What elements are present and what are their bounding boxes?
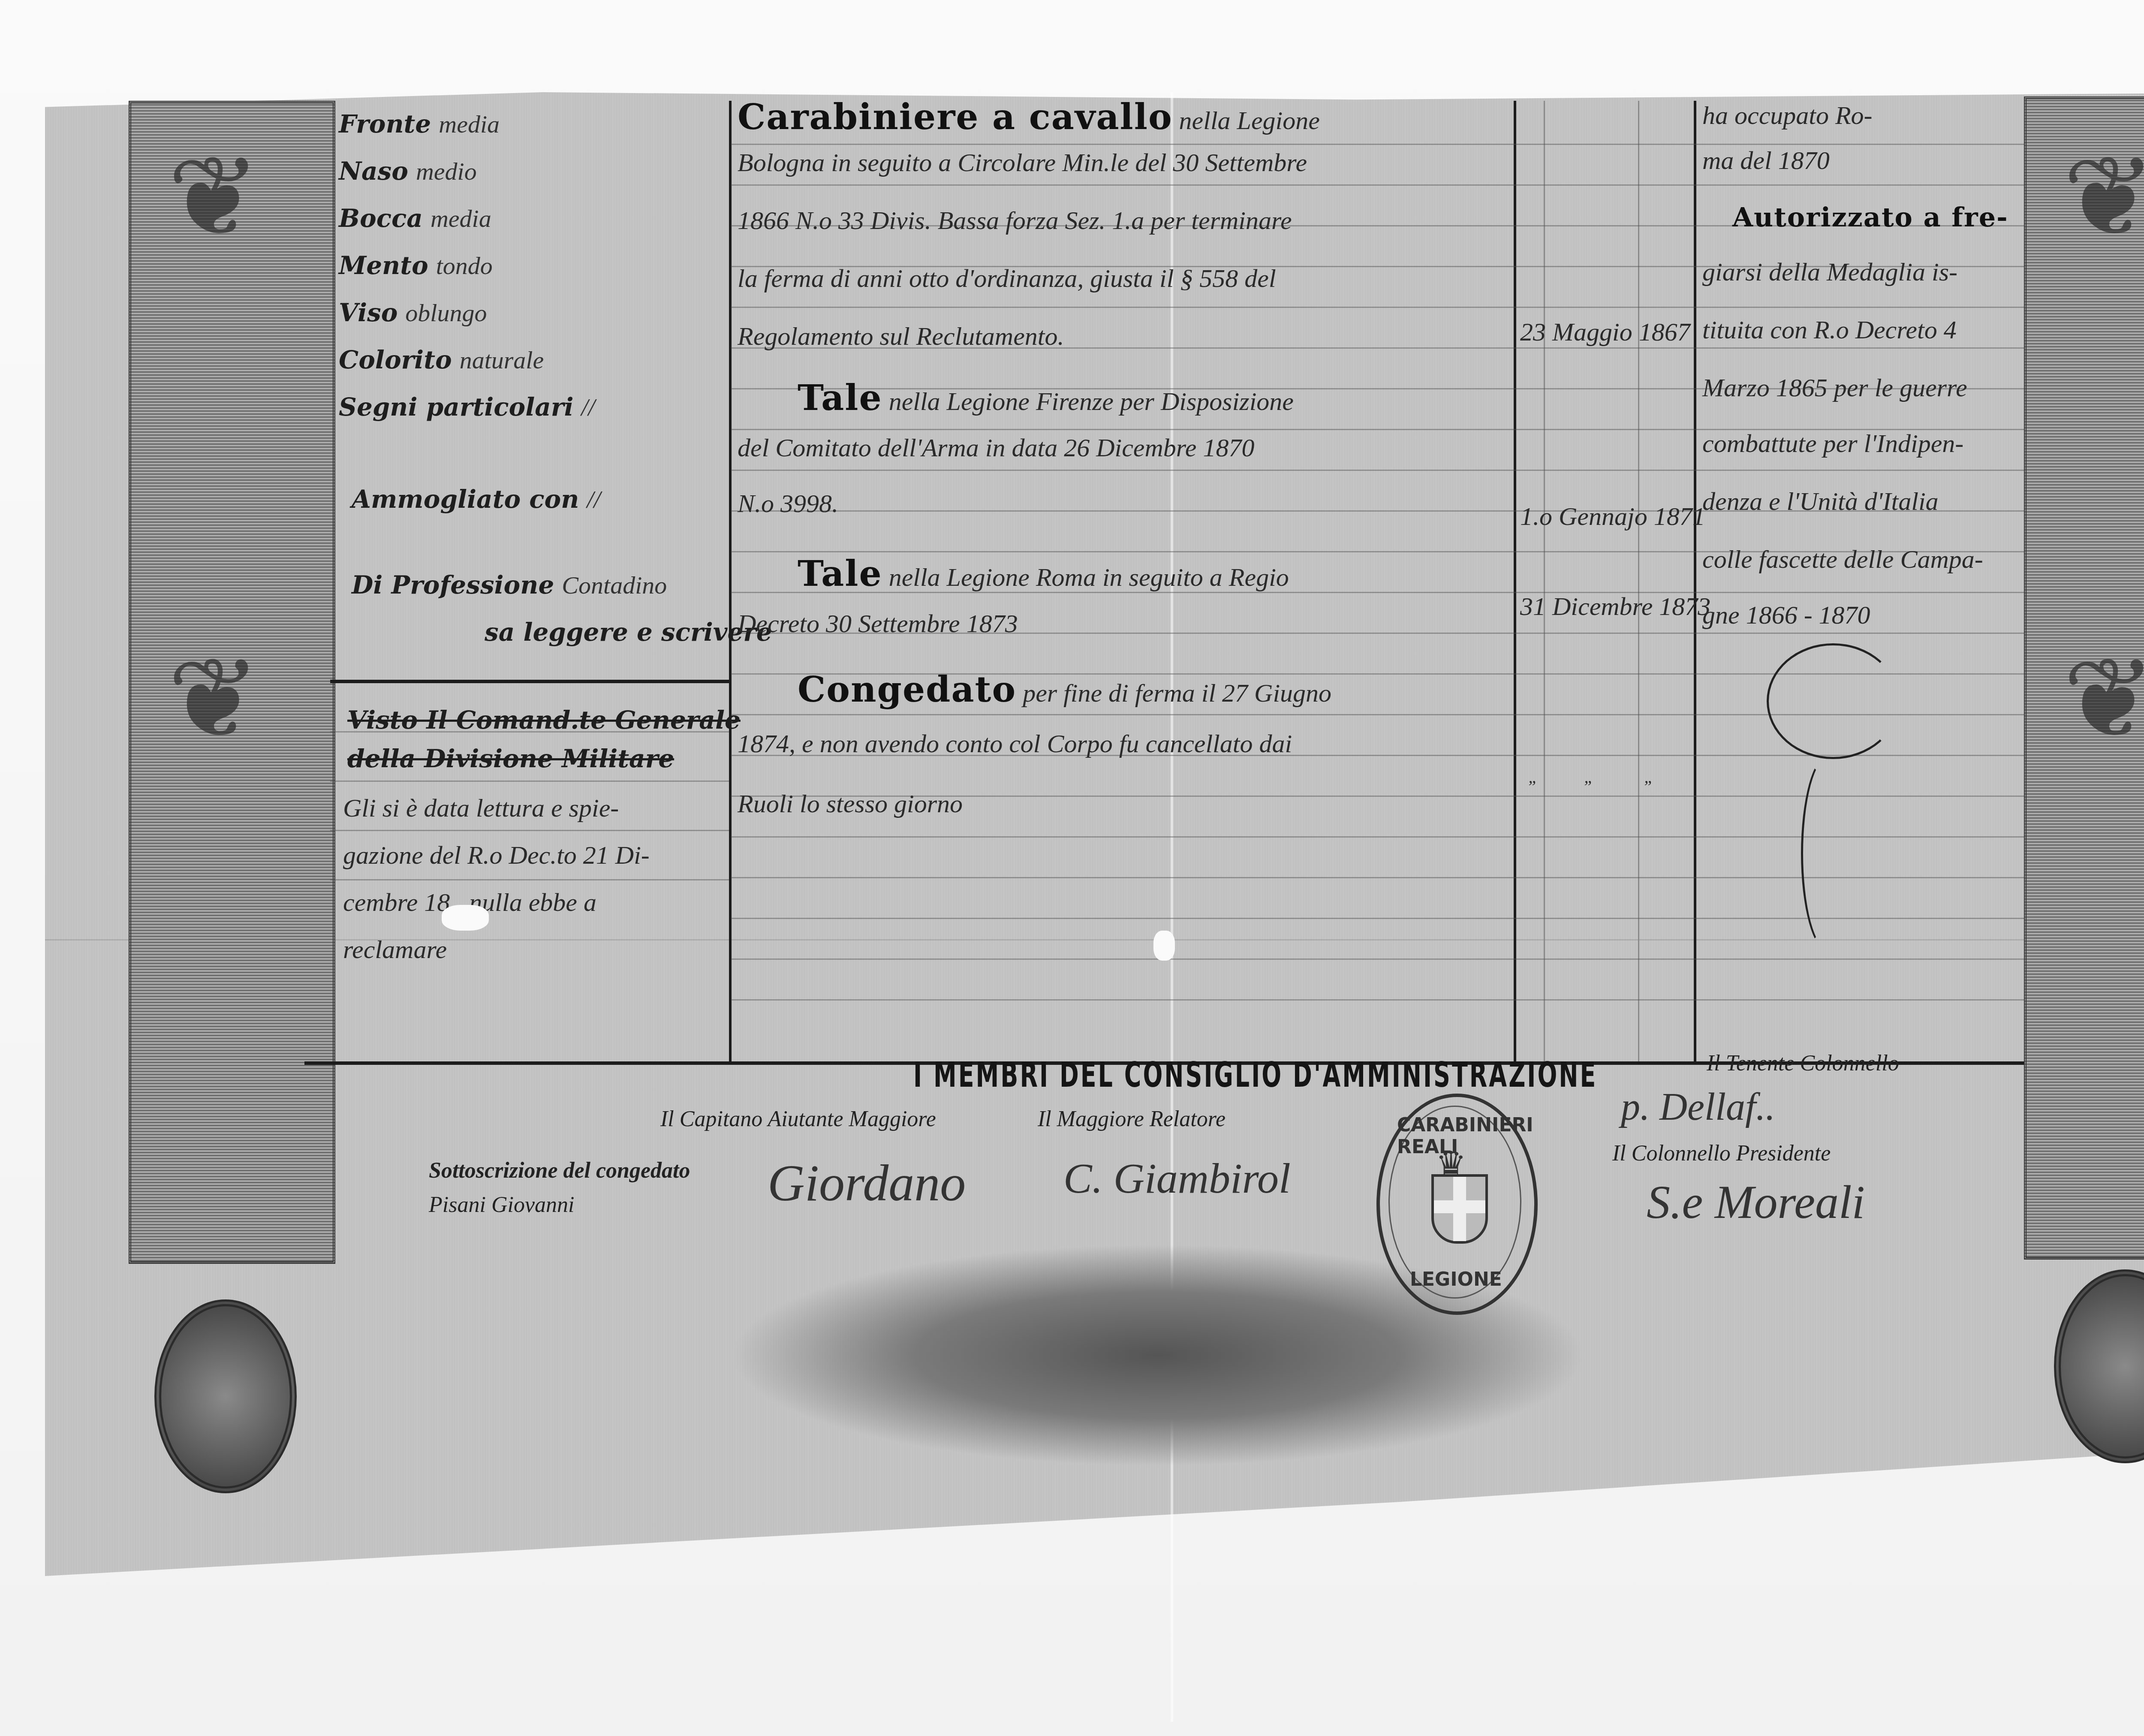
capitano-signature: Giordano	[768, 1154, 966, 1213]
paper-damage	[1153, 931, 1175, 961]
campaign-heading: Autorizzato a fre-	[1732, 202, 2008, 233]
service-line: Bologna in seguito a Circolare Min.le de…	[738, 148, 1307, 178]
campaign-line: ma del 1870	[1702, 146, 1830, 175]
field-fronte: Frontemedia	[339, 109, 500, 139]
congedato-signature: Pisani Giovanni	[429, 1192, 574, 1218]
helmet-ornament-icon: ❦	[167, 142, 261, 253]
service-line: Carabiniere a cavallo nella Legione	[738, 96, 1320, 138]
ditto-mark: ”	[1582, 776, 1592, 796]
maggiore-signature: C. Giambirol	[1063, 1154, 1291, 1203]
congedato-label: Sottoscrizione del congedato	[429, 1158, 690, 1183]
field-bocca: Boccamedia	[339, 204, 491, 233]
carabinieri-reali-stamp: CARABINIERI REALI ♛ LEGIONE	[1376, 1094, 1538, 1315]
service-line: del Comitato dell'Arma in data 26 Dicemb…	[738, 433, 1254, 463]
service-line: Tale nella Legione Roma in seguito a Reg…	[798, 553, 1289, 594]
lion-head-medallion-icon	[154, 1299, 297, 1493]
field-colorito: Coloritonaturale	[339, 345, 544, 374]
capitano-label: Il Capitano Aiutante Maggiore	[660, 1106, 936, 1132]
campaign-line: denza e l'Unità d'Italia	[1702, 487, 1939, 516]
column-divider	[729, 101, 732, 1061]
closing-flourish	[1767, 643, 1900, 759]
savoy-shield-icon	[1431, 1174, 1488, 1244]
literacy-note: sa leggere e scrivere	[485, 618, 772, 647]
service-line: 1874, e non avendo conto col Corpo fu ca…	[738, 729, 1292, 759]
closing-flourish	[1801, 755, 1857, 952]
campaign-line: gne 1866 - 1870	[1702, 600, 1870, 630]
maggiore-label: Il Maggiore Relatore	[1038, 1106, 1226, 1132]
trophy-ornament-icon: ❦	[167, 643, 261, 755]
visto-note-line: Gli si è data lettura e spie-	[343, 793, 619, 823]
tenente-colonnello-label: Il Tenente Colonnello	[1707, 1051, 1899, 1076]
visto-note-line: reclamare	[343, 935, 447, 964]
campaign-line: combattute per l'Indipen-	[1702, 429, 1963, 458]
service-line: N.o 3998.	[738, 489, 838, 518]
ditto-mark: ”	[1642, 776, 1652, 796]
service-line: Tale nella Legione Firenze per Disposizi…	[798, 377, 1294, 419]
date-row: 31 Dicembre 1873	[1520, 592, 1710, 621]
service-line: la ferma di anni otto d'ordinanza, giust…	[738, 264, 1276, 293]
council-title: I MEMBRI DEL CONSIGLIO D'AMMINISTRAZIONE	[913, 1055, 1597, 1095]
trophy-ornament-icon: ❦	[2063, 643, 2144, 755]
visto-note-line: gazione del R.o Dec.to 21 Di-	[343, 841, 650, 870]
colonnello-signature: S.e Moreali	[1647, 1175, 1865, 1230]
service-line: Decreto 30 Settembre 1873	[738, 609, 1018, 639]
field-viso: Visooblungo	[339, 298, 487, 327]
section-divider	[330, 680, 729, 683]
campaign-line: ha occupato Ro-	[1702, 101, 1873, 130]
paper-damage	[442, 905, 489, 931]
service-line: 1866 N.o 33 Divis. Bassa forza Sez. 1.a …	[738, 206, 1292, 235]
column-divider-thin	[1544, 101, 1545, 1061]
field-segni-particolari: Segni particolari//	[339, 392, 595, 422]
visto-heading-line1: Visto Il Comand.te Generale	[347, 705, 741, 735]
visto-heading-line2: della Divisione Militare	[347, 744, 674, 773]
field-mento: Mentotondo	[339, 251, 493, 280]
field-ammogliato: Ammogliato con//	[352, 485, 601, 514]
field-professione: Di ProfessioneContadino	[352, 570, 667, 600]
column-divider	[1694, 101, 1696, 1061]
tenente-colonnello-signature: p. Dellaf..	[1621, 1085, 1775, 1129]
colonnello-label: Il Colonnello Presidente	[1612, 1141, 1831, 1166]
column-divider	[1514, 101, 1516, 1061]
campaign-line: colle fascette delle Campa-	[1702, 545, 1983, 574]
service-line: Congedato per fine di ferma il 27 Giugno	[798, 669, 1331, 710]
service-line: Ruoli lo stesso giorno	[738, 789, 963, 819]
campaign-line: Marzo 1865 per le guerre	[1702, 373, 1967, 403]
date-row: 1.o Gennajo 1871	[1520, 502, 1705, 531]
campaign-line: giarsi della Medaglia is-	[1702, 257, 1957, 287]
date-row: 23 Maggio 1867	[1520, 317, 1690, 347]
service-line: Regolamento sul Reclutamento.	[738, 322, 1064, 351]
field-naso: Nasomedio	[339, 157, 477, 186]
helmet-ornament-icon: ❦	[2063, 142, 2144, 253]
ditto-mark: ”	[1527, 776, 1536, 796]
column-divider-thin	[1638, 101, 1639, 1061]
campaign-line: tituita con R.o Decreto 4	[1702, 315, 1957, 345]
